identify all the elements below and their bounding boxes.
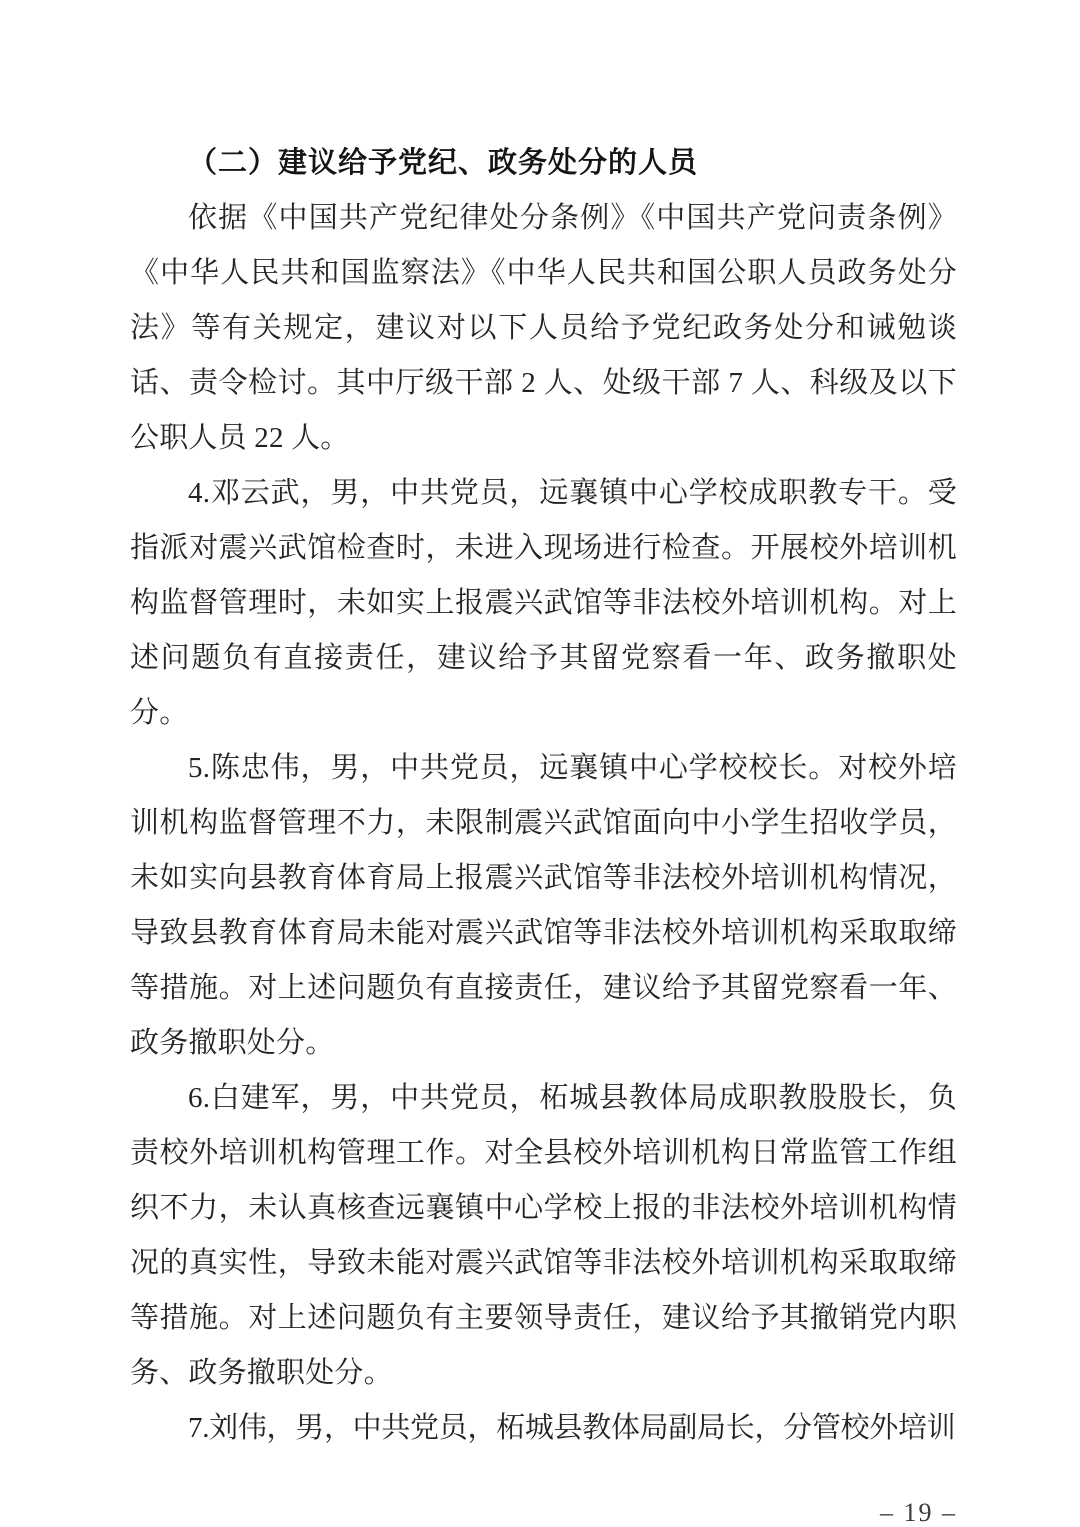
page-number: – 19 – <box>130 1498 957 1527</box>
paragraph-person-5: 5.陈忠伟，男，中共党员，远襄镇中心学校校长。对校外培训机构监督管理不力，未限制… <box>130 741 957 1071</box>
document-page: （二）建议给予党纪、政务处分的人员 依据《中国共产党纪律处分条例》《中国共产党问… <box>0 0 1080 1527</box>
paragraph-person-4: 4.邓云武，男，中共党员，远襄镇中心学校成职教专干。受指派对震兴武馆检查时，未进… <box>130 466 957 741</box>
section-heading: （二）建议给予党纪、政务处分的人员 <box>130 136 957 191</box>
paragraph-intro: 依据《中国共产党纪律处分条例》《中国共产党问责条例》《中华人民共和国监察法》《中… <box>130 191 957 466</box>
paragraph-person-7: 7.刘伟，男，中共党员，柘城县教体局副局长，分管校外培训 <box>130 1401 957 1456</box>
paragraph-person-6: 6.白建军，男，中共党员，柘城县教体局成职教股股长，负责校外培训机构管理工作。对… <box>130 1071 957 1401</box>
